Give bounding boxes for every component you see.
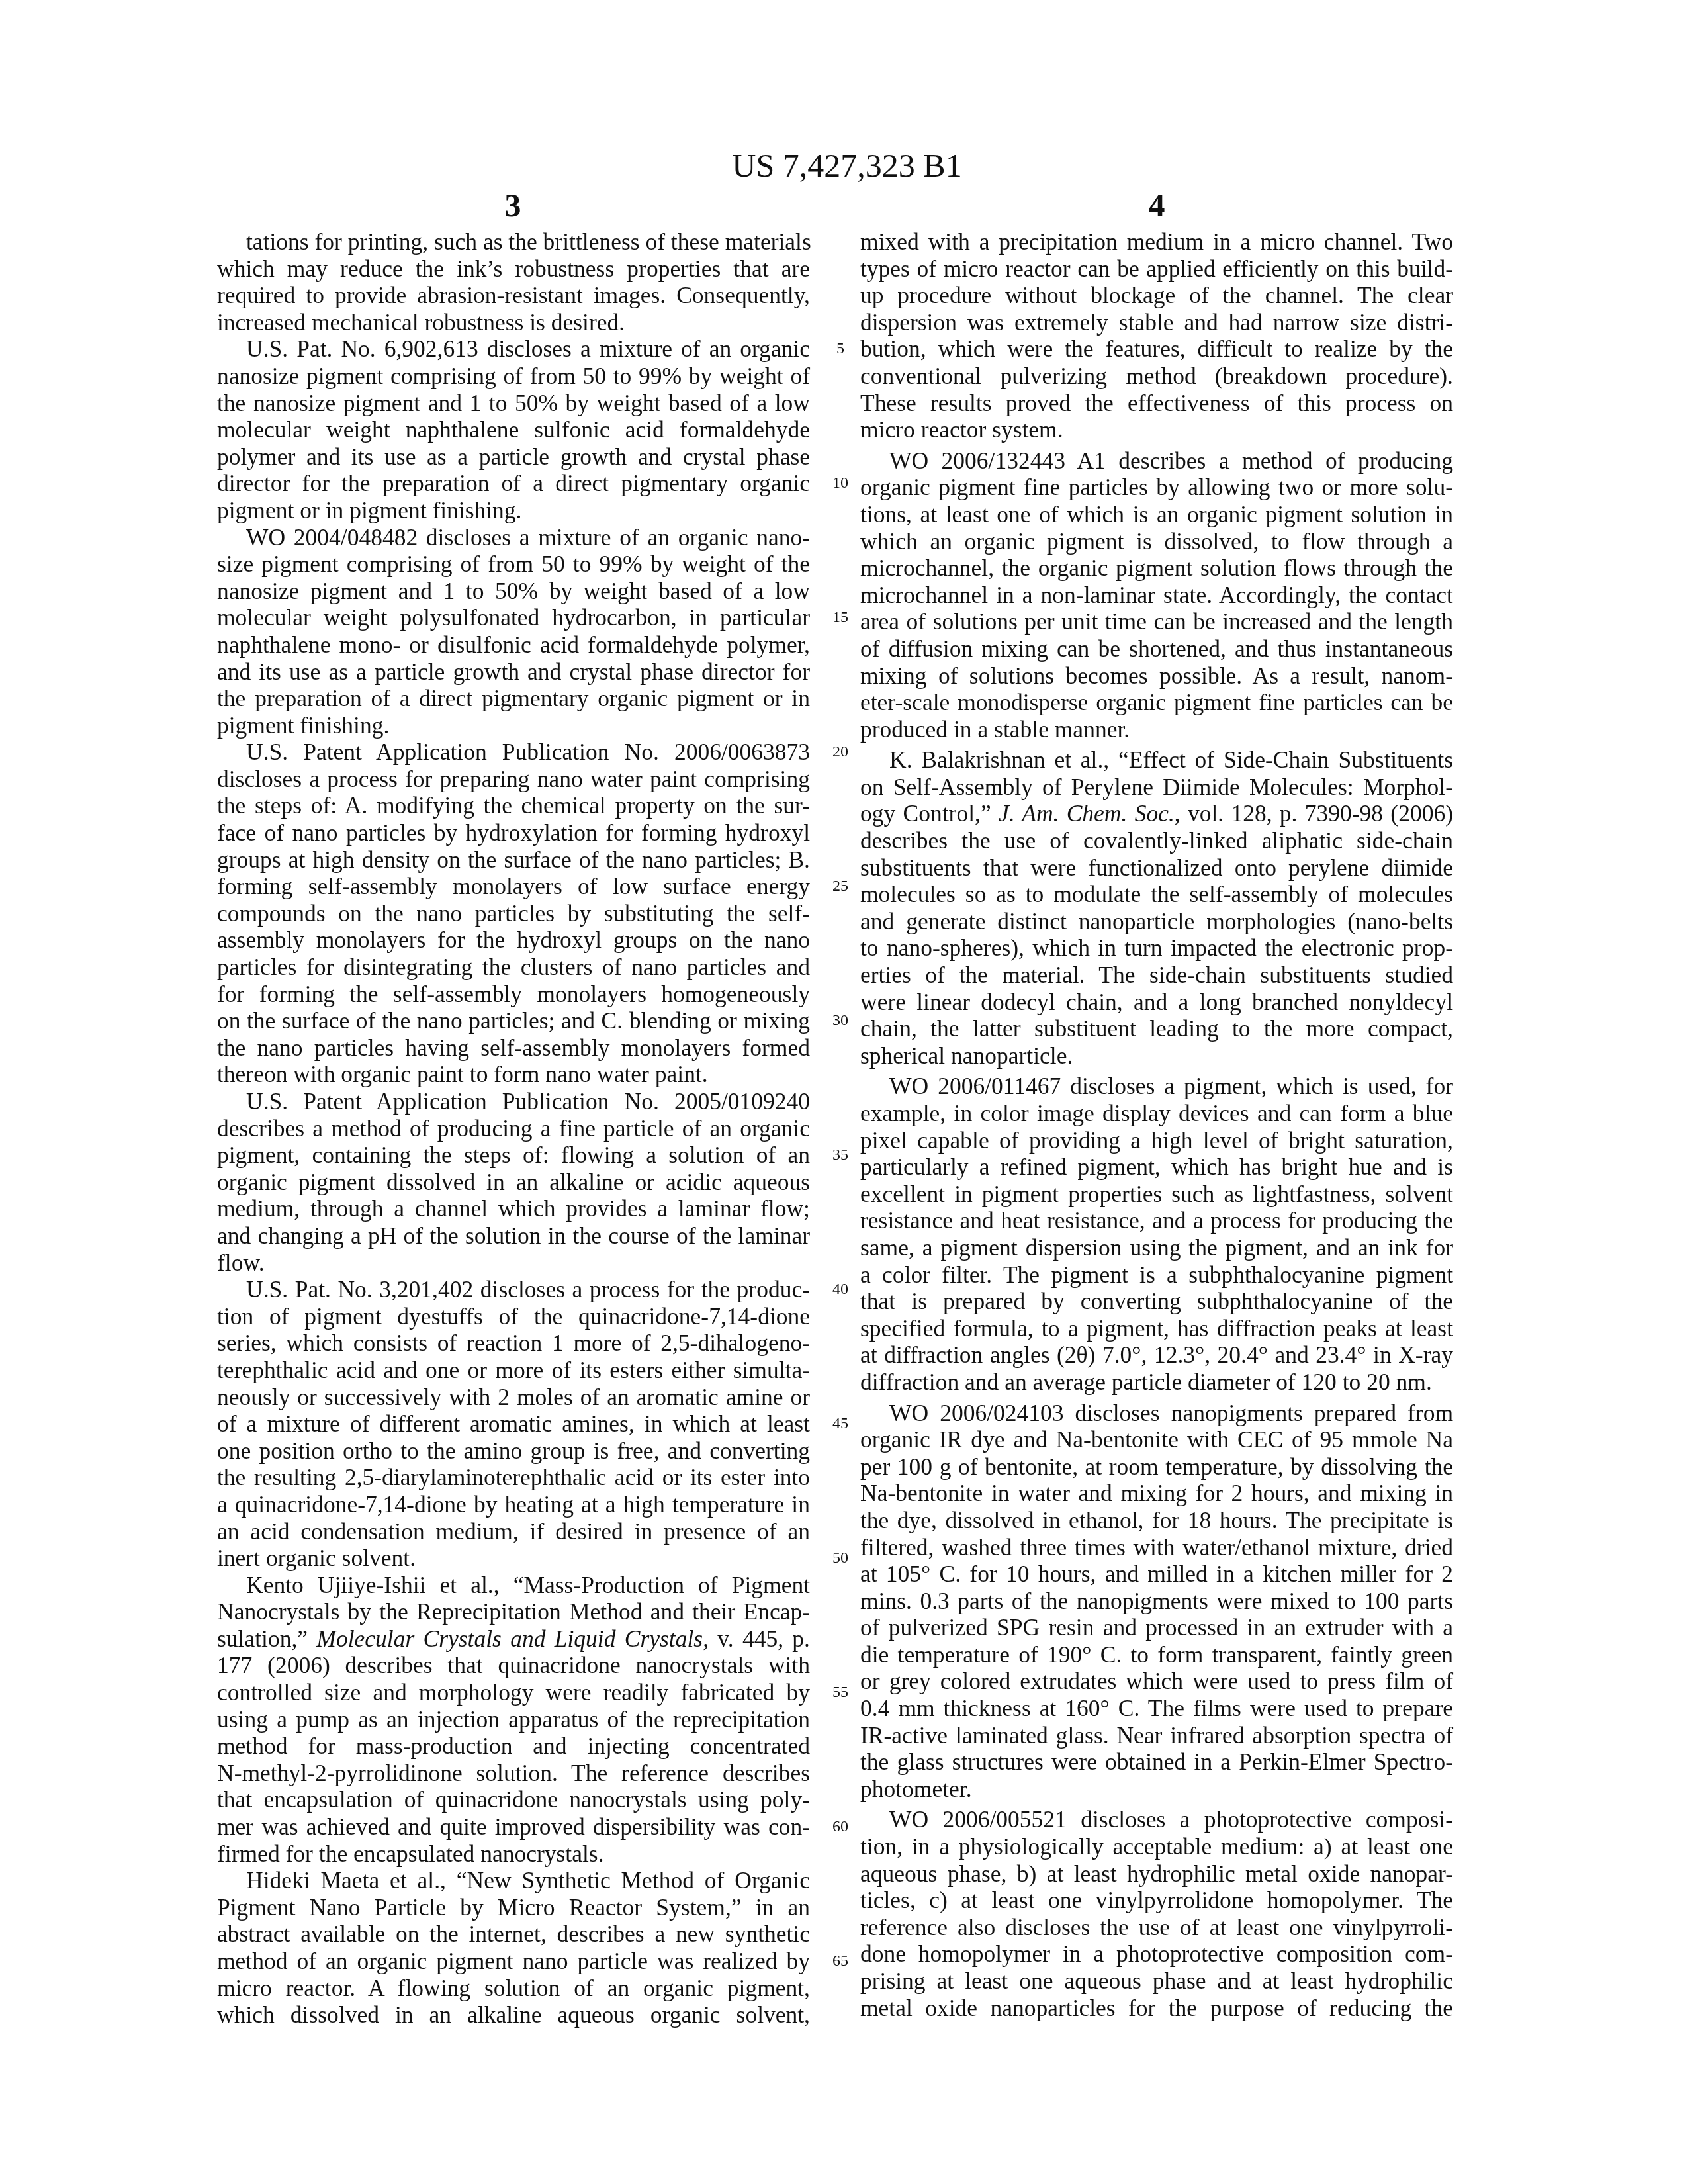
text-line: microchannel, the organic pigment soluti…: [860, 555, 1453, 582]
text-line: that is prepared by converting subphthal…: [860, 1288, 1453, 1315]
text-line: abstract available on the internet, desc…: [217, 1921, 810, 1948]
text-line: which dissolved in an alkaline aqueous o…: [217, 2001, 810, 2028]
text-line: diffraction and an average particle diam…: [860, 1369, 1453, 1396]
paragraph: WO 2006/024103 discloses nanopigments pr…: [860, 1400, 1453, 1803]
text-line: excellent in pigment properties such as …: [860, 1181, 1453, 1208]
text-line: example, in color image display devices …: [860, 1100, 1453, 1127]
text-line: were linear dodecyl chain, and a long br…: [860, 989, 1453, 1016]
text-line: organic pigment dissolved in an alkaline…: [217, 1169, 810, 1196]
text-line: required to provide abrasion-resistant i…: [217, 282, 810, 309]
text-line: that encapsulation of quinacridone nanoc…: [217, 1786, 810, 1813]
paragraph: Kento Ujiiye-Ishii et al., “Mass-Product…: [217, 1572, 810, 1868]
text-line: terephthalic acid and one or more of its…: [217, 1357, 810, 1384]
text-line: forming self-assembly monolayers of low …: [217, 873, 810, 900]
text-line: the steps of: A. modifying the chemical …: [217, 792, 810, 819]
text-line: filtered, washed three times with water/…: [860, 1534, 1453, 1561]
line-number: 25: [827, 873, 854, 900]
line-number: 40: [827, 1276, 854, 1303]
text-line: photometer.: [860, 1776, 1453, 1803]
text-line: mer was achieved and quite improved disp…: [217, 1813, 810, 1841]
text-line: flow.: [217, 1250, 810, 1277]
text-line: dispersion was extremely stable and had …: [860, 309, 1453, 336]
text-line: N-methyl-2-pyrrolidinone solution. The r…: [217, 1760, 810, 1787]
text-line: face of nano particles by hydroxylation …: [217, 819, 810, 846]
left-text-column: tations for printing, such as the brittl…: [217, 228, 810, 2028]
text-line: ogy Control,” J. Am. Chem. Soc., vol. 12…: [860, 800, 1453, 827]
text-line: molecular weight polysulfonated hydrocar…: [217, 604, 810, 631]
text-line: WO 2004/048482 discloses a mixture of an…: [217, 524, 810, 551]
paragraph: K. Balakrishnan et al., “Effect of Side-…: [860, 747, 1453, 1069]
patent-number-header: US 7,427,323 B1: [0, 147, 1694, 184]
paragraph: tations for printing, such as the brittl…: [217, 228, 810, 336]
text-line: organic IR dye and Na-bentonite with CEC…: [860, 1426, 1453, 1453]
text-line: the dye, dissolved in ethanol, for 18 ho…: [860, 1507, 1453, 1534]
text-line: the preparation of a direct pigmentary o…: [217, 685, 810, 712]
text-line: polymer and its use as a particle growth…: [217, 443, 810, 471]
text-line: WO 2006/024103 discloses nanopigments pr…: [860, 1400, 1453, 1427]
text-line: spherical nanoparticle.: [860, 1042, 1453, 1069]
text-line: Pigment Nano Particle by Micro Reactor S…: [217, 1894, 810, 1921]
text-line: a color filter. The pigment is a subphth…: [860, 1261, 1453, 1289]
text-line: These results proved the effectiveness o…: [860, 390, 1453, 417]
text-line: pixel capable of providing a high level …: [860, 1127, 1453, 1154]
paragraph: WO 2006/011467 discloses a pigment, whic…: [860, 1073, 1453, 1395]
text-line: chain, the latter substituent leading to…: [860, 1015, 1453, 1042]
paragraph: U.S. Pat. No. 3,201,402 discloses a proc…: [217, 1276, 810, 1572]
text-line: aqueous phase, b) at least hydrophilic m…: [860, 1860, 1453, 1888]
text-line: for forming the self-assembly monolayers…: [217, 981, 810, 1008]
text-line: and changing a pH of the solution in the…: [217, 1222, 810, 1250]
text-line: pigment finishing.: [217, 712, 810, 739]
text-line: K. Balakrishnan et al., “Effect of Side-…: [860, 747, 1453, 774]
text-line: one position ortho to the amino group is…: [217, 1437, 810, 1465]
text-line: Na-bentonite in water and mixing for 2 h…: [860, 1480, 1453, 1507]
text-line: mixing of solutions becomes possible. As…: [860, 662, 1453, 690]
text-line: pigment or in pigment finishing.: [217, 497, 810, 524]
text-line: on the surface of the nano particles; an…: [217, 1007, 810, 1034]
text-line: tion of pigment dyestuffs of the quinacr…: [217, 1303, 810, 1330]
line-number: 55: [827, 1679, 854, 1706]
text-line: pigment, containing the steps of: flowin…: [217, 1142, 810, 1169]
text-line: to nano-spheres), which in turn impacted…: [860, 934, 1453, 962]
text-line: naphthalene mono- or disulfonic acid for…: [217, 631, 810, 659]
line-number: 45: [827, 1410, 854, 1437]
text-line: medium, through a channel which provides…: [217, 1195, 810, 1222]
text-line: firmed for the encapsulated nanocrystals…: [217, 1841, 810, 1868]
text-line: describes the use of covalently-linked a…: [860, 827, 1453, 854]
right-text-column: mixed with a precipitation medium in a m…: [860, 228, 1453, 2021]
text-line: nanosize pigment comprising of from 50 t…: [217, 363, 810, 390]
text-line: method for mass-production and injecting…: [217, 1733, 810, 1760]
line-number: 60: [827, 1813, 854, 1841]
text-line: WO 2006/132443 A1 describes a method of …: [860, 447, 1453, 475]
text-line: series, which consists of reaction 1 mor…: [217, 1330, 810, 1357]
text-line: assembly monolayers for the hydroxyl gro…: [217, 927, 810, 954]
text-line: describes a method of producing a fine p…: [217, 1115, 810, 1142]
line-number: 30: [827, 1007, 854, 1034]
text-line: molecular weight naphthalene sulfonic ac…: [217, 416, 810, 443]
text-line: up procedure without blockage of the cha…: [860, 282, 1453, 309]
line-number: 15: [827, 604, 854, 631]
text-line: groups at high density on the surface of…: [217, 846, 810, 874]
text-line: tion, in a physiologically acceptable me…: [860, 1833, 1453, 1860]
text-line: the glass structures were obtained in a …: [860, 1749, 1453, 1776]
text-line: U.S. Pat. No. 6,902,613 discloses a mixt…: [217, 336, 810, 363]
text-line: mins. 0.3 parts of the nanopigments were…: [860, 1588, 1453, 1615]
text-line: WO 2006/011467 discloses a pigment, whic…: [860, 1073, 1453, 1100]
text-line: Kento Ujiiye-Ishii et al., “Mass-Product…: [217, 1572, 810, 1599]
text-line: 0.4 mm thickness at 160° C. The films we…: [860, 1695, 1453, 1722]
text-line: microchannel in a non-laminar state. Acc…: [860, 582, 1453, 609]
text-line: done homopolymer in a photoprotective co…: [860, 1940, 1453, 1968]
paragraph: U.S. Patent Application Publication No. …: [217, 1088, 810, 1276]
text-line: U.S. Patent Application Publication No. …: [217, 1088, 810, 1115]
line-number: 35: [827, 1142, 854, 1169]
text-line: which an organic pigment is dissolved, t…: [860, 528, 1453, 555]
text-line: types of micro reactor can be applied ef…: [860, 255, 1453, 283]
text-line: Nanocrystals by the Reprecipitation Meth…: [217, 1598, 810, 1625]
text-line: organic pigment fine particles by allowi…: [860, 474, 1453, 501]
text-line: tations for printing, such as the brittl…: [217, 228, 810, 255]
text-line: produced in a stable manner.: [860, 716, 1453, 743]
text-line: U.S. Pat. No. 3,201,402 discloses a proc…: [217, 1276, 810, 1303]
text-line: per 100 g of bentonite, at room temperat…: [860, 1453, 1453, 1480]
text-line: discloses a process for preparing nano w…: [217, 766, 810, 793]
text-line: nanosize pigment and 1 to 50% by weight …: [217, 578, 810, 605]
text-line: particles for disintegrating the cluster…: [217, 954, 810, 981]
text-line: an acid condensation medium, if desired …: [217, 1518, 810, 1545]
text-line: sulation,” Molecular Crystals and Liquid…: [217, 1625, 810, 1653]
text-line: die temperature of 190° C. to form trans…: [860, 1641, 1453, 1668]
text-line: which may reduce the ink’s robustness pr…: [217, 255, 810, 283]
paragraph: WO 2006/132443 A1 describes a method of …: [860, 447, 1453, 743]
text-line: and its use as a particle growth and cry…: [217, 659, 810, 686]
text-line: eter-scale monodisperse organic pigment …: [860, 689, 1453, 716]
text-line: controlled size and morphology were read…: [217, 1679, 810, 1706]
paragraph: Hideki Maeta et al., “New Synthetic Meth…: [217, 1867, 810, 2028]
text-line: neously or successively with 2 moles of …: [217, 1384, 810, 1411]
text-line: tions, at least one of which is an organ…: [860, 501, 1453, 528]
text-line: erties of the material. The side-chain s…: [860, 962, 1453, 989]
text-line: substituents that were functionalized on…: [860, 854, 1453, 882]
text-line: 177 (2006) describes that quinacridone n…: [217, 1652, 810, 1679]
text-line: at 105° C. for 10 hours, and milled in a…: [860, 1561, 1453, 1588]
line-number: 5: [827, 336, 854, 363]
text-line: size pigment comprising of from 50 to 99…: [217, 551, 810, 578]
line-number: 20: [827, 739, 854, 766]
text-line: method of an organic pigment nano partic…: [217, 1948, 810, 1975]
column-number-left: 3: [447, 187, 579, 224]
text-line: increased mechanical robustness is desir…: [217, 309, 810, 336]
text-line: of a mixture of different aromatic amine…: [217, 1410, 810, 1437]
text-line: WO 2006/005521 discloses a photoprotecti…: [860, 1806, 1453, 1833]
text-line: compounds on the nano particles by subst…: [217, 900, 810, 927]
text-line: same, a pigment dispersion using the pig…: [860, 1234, 1453, 1261]
line-number: 65: [827, 1948, 854, 1975]
text-line: micro reactor system.: [860, 416, 1453, 443]
text-line: the resulting 2,5-diarylaminoterephthali…: [217, 1464, 810, 1491]
text-line: particularly a refined pigment, which ha…: [860, 1154, 1453, 1181]
text-line: reference also discloses the use of at l…: [860, 1914, 1453, 1941]
text-line: the nano particles having self-assembly …: [217, 1034, 810, 1062]
text-line: of diffusion mixing can be shortened, an…: [860, 635, 1453, 662]
text-line: micro reactor. A flowing solution of an …: [217, 1975, 810, 2002]
text-line: or grey colored extrudates which were us…: [860, 1668, 1453, 1695]
text-line: at diffraction angles (2θ) 7.0°, 12.3°, …: [860, 1342, 1453, 1369]
paragraph: mixed with a precipitation medium in a m…: [860, 228, 1453, 443]
text-line: director for the preparation of a direct…: [217, 470, 810, 497]
text-line: thereon with organic paint to form nano …: [217, 1061, 810, 1088]
text-line: inert organic solvent.: [217, 1545, 810, 1572]
text-line: area of solutions per unit time can be i…: [860, 608, 1453, 635]
line-number: 50: [827, 1545, 854, 1572]
text-line: U.S. Patent Application Publication No. …: [217, 739, 810, 766]
text-line: specified formula, to a pigment, has dif…: [860, 1315, 1453, 1342]
paragraph: WO 2004/048482 discloses a mixture of an…: [217, 524, 810, 739]
text-line: the nanosize pigment and 1 to 50% by wei…: [217, 390, 810, 417]
line-number: 10: [827, 470, 854, 497]
paragraph: U.S. Patent Application Publication No. …: [217, 739, 810, 1088]
paragraph: WO 2006/005521 discloses a photoprotecti…: [860, 1806, 1453, 2021]
text-line: of pulverized SPG resin and processed in…: [860, 1614, 1453, 1641]
text-line: metal oxide nanoparticles for the purpos…: [860, 1995, 1453, 2022]
text-line: prising at least one aqueous phase and a…: [860, 1968, 1453, 1995]
text-line: on Self-Assembly of Perylene Diimide Mol…: [860, 774, 1453, 801]
text-line: and generate distinct nanoparticle morph…: [860, 908, 1453, 935]
text-line: a quinacridone-7,14-dione by heating at …: [217, 1491, 810, 1518]
text-line: bution, which were the features, difficu…: [860, 336, 1453, 363]
column-number-right: 4: [1091, 187, 1223, 224]
text-line: IR-active laminated glass. Near infrared…: [860, 1722, 1453, 1749]
text-line: molecules so as to modulate the self-ass…: [860, 881, 1453, 908]
text-line: conventional pulverizing method (breakdo…: [860, 363, 1453, 390]
text-line: Hideki Maeta et al., “New Synthetic Meth…: [217, 1867, 810, 1894]
text-line: resistance and heat resistance, and a pr…: [860, 1207, 1453, 1234]
text-line: using a pump as an injection apparatus o…: [217, 1706, 810, 1733]
text-line: mixed with a precipitation medium in a m…: [860, 228, 1453, 255]
text-line: ticles, c) at least one vinylpyrrolidone…: [860, 1887, 1453, 1914]
paragraph: U.S. Pat. No. 6,902,613 discloses a mixt…: [217, 336, 810, 523]
